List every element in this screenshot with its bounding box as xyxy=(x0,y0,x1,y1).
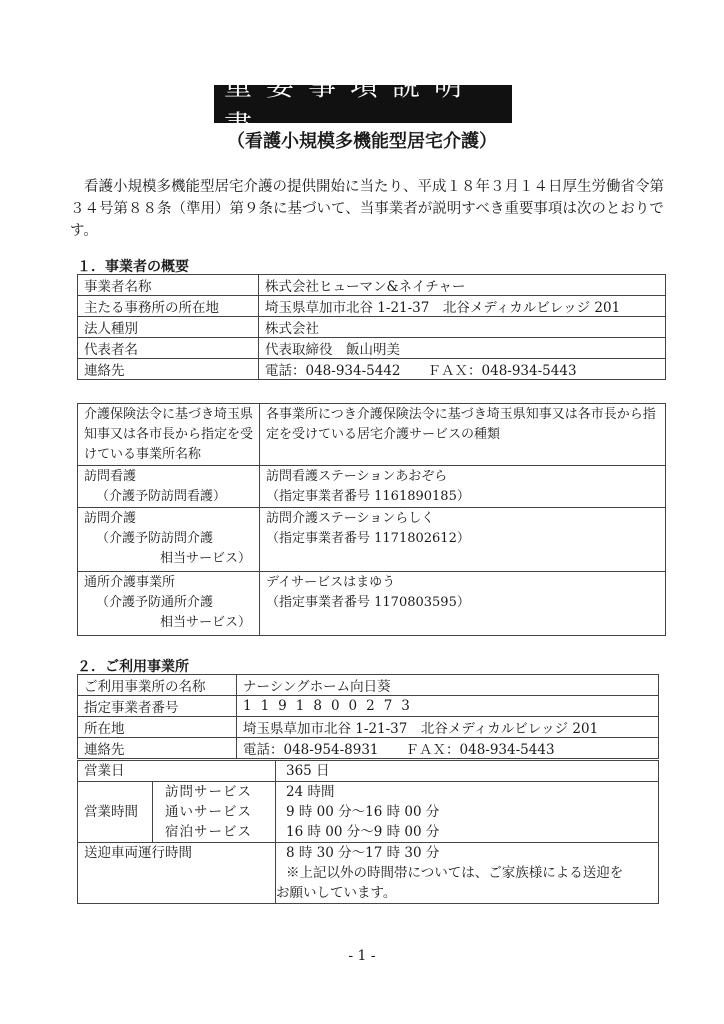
intro-text: 看護小規模多機能型居宅介護の提供開始に当たり、平成１８年３月１４日厚生労働省令第… xyxy=(70,176,670,242)
service-sub: （介護予防訪問看護） xyxy=(84,487,253,507)
row-value: 株式会社ヒューマン&ネイチャー xyxy=(259,275,666,296)
row-label: 連絡先 xyxy=(78,738,237,759)
row-value: 株式会社 xyxy=(259,317,666,338)
office-number: （指定事業者番号 1161890185） xyxy=(266,487,659,507)
hours-times: 24 時間 9 時 00 分～16 時 00 分 16 時 00 分～9 時 0… xyxy=(276,782,659,843)
row-label: 代表者名 xyxy=(78,338,259,359)
table-row: 送迎車両運行時間 8 時 30 分～17 時 30 分 ※上記以外の時間帯につい… xyxy=(78,843,659,904)
service-name: 訪問看護 xyxy=(84,467,253,487)
business-days-label: 営業日 xyxy=(78,761,276,782)
row-value: 埼玉県草加市北谷 1-21-37 北谷メディカルビレッジ 201 xyxy=(259,296,666,317)
page-number: - 1 - xyxy=(0,948,724,964)
table-row: 連絡先電話：048-934-5442 ＦＡＸ：048-934-5443 xyxy=(78,359,666,380)
table-row: 指定事業者番号1191800273 xyxy=(78,696,659,717)
header-right: 各事業所につき介護保険法令に基づき埼玉県知事又は各市長から指定を受けている居宅介… xyxy=(260,404,666,466)
row-label: ご利用事業所の名称 xyxy=(78,675,237,696)
table-header-row: 介護保険法令に基づき埼玉県知事又は各市長から指定を受けている事業所名称 各事業所… xyxy=(78,404,666,466)
shuttle-time: 8 時 30 分～17 時 30 分 xyxy=(276,843,652,863)
table-row: 事業者名称株式会社ヒューマン&ネイチャー xyxy=(78,275,666,296)
hours-service: 宿泊サービス xyxy=(165,822,269,842)
office-name: デイサービスはまゆう xyxy=(266,573,659,593)
row-label: 所在地 xyxy=(78,717,237,738)
hours-time: 16 時 00 分～9 時 00 分 xyxy=(286,822,652,842)
table-row: ご利用事業所の名称ナーシングホーム向日葵 xyxy=(78,675,659,696)
service-sub2: 相当サービス） xyxy=(84,613,253,633)
shuttle-note-cont: お願いしています。 xyxy=(276,883,652,903)
office-name: 訪問看護ステーションあおぞら xyxy=(266,467,659,487)
designated-services-table: 介護保険法令に基づき埼玉県知事又は各市長から指定を受けている事業所名称 各事業所… xyxy=(77,403,666,636)
business-overview-table: 事業者名称株式会社ヒューマン&ネイチャー 主たる事務所の所在地埼玉県草加市北谷 … xyxy=(77,274,666,380)
hours-time: 24 時間 xyxy=(286,782,652,802)
table-row: 法人種別株式会社 xyxy=(78,317,666,338)
service-name: 通所介護事業所 xyxy=(84,573,253,593)
hours-service: 訪問サービス xyxy=(165,782,269,802)
intro-paragraph: 看護小規模多機能型居宅介護の提供開始に当たり、平成１８年３月１４日厚生労働省令第… xyxy=(70,176,670,242)
row-value: 埼玉県草加市北谷 1-21-37 北谷メディカルビレッジ 201 xyxy=(237,717,659,738)
row-value: ナーシングホーム向日葵 xyxy=(237,675,659,696)
row-value: 電話：048-934-5442 ＦＡＸ：048-934-5443 xyxy=(259,359,666,380)
hours-service: 通いサービス xyxy=(165,802,269,822)
document-title: 重要事項説明書 xyxy=(214,85,512,123)
table-row: 通所介護事業所 （介護予防通所介護 相当サービス） デイサービスはまゆう （指定… xyxy=(78,572,666,636)
header-left: 介護保険法令に基づき埼玉県知事又は各市長から指定を受けている事業所名称 xyxy=(78,404,260,466)
office-cell: デイサービスはまゆう （指定事業者番号 1170803595） xyxy=(260,572,666,636)
table-row: 主たる事務所の所在地埼玉県草加市北谷 1-21-37 北谷メディカルビレッジ 2… xyxy=(78,296,666,317)
office-number: （指定事業者番号 1170803595） xyxy=(266,593,659,613)
section2-heading: ２．ご利用事業所 xyxy=(77,656,189,676)
row-value: 電話：048-954-8931 ＦＡＸ：048-934-5443 xyxy=(237,738,659,759)
shuttle-label: 送迎車両運行時間 xyxy=(78,843,276,904)
row-label: 主たる事務所の所在地 xyxy=(78,296,259,317)
row-value: 代表取締役 飯山明美 xyxy=(259,338,666,359)
table-row: 代表者名代表取締役 飯山明美 xyxy=(78,338,666,359)
hours-time: 9 時 00 分～16 時 00 分 xyxy=(286,802,652,822)
row-value: 1191800273 xyxy=(237,696,659,717)
row-label: 事業者名称 xyxy=(78,275,259,296)
table-row: 訪問介護 （介護予防訪問介護 相当サービス） 訪問介護ステーションらしく （指定… xyxy=(78,508,666,572)
section1-heading: １．事業者の概要 xyxy=(77,256,189,276)
service-sub2: 相当サービス） xyxy=(84,549,253,569)
document-subtitle: （看護小規模多機能型居宅介護） xyxy=(0,127,724,153)
service-cell: 通所介護事業所 （介護予防通所介護 相当サービス） xyxy=(78,572,260,636)
table-row: 所在地埼玉県草加市北谷 1-21-37 北谷メディカルビレッジ 201 xyxy=(78,717,659,738)
row-label: 連絡先 xyxy=(78,359,259,380)
row-label: 指定事業者番号 xyxy=(78,696,237,717)
service-name: 訪問介護 xyxy=(84,509,253,529)
business-days-value: 365 日 xyxy=(276,761,659,782)
table-row: 営業時間 訪問サービス 通いサービス 宿泊サービス 24 時間 9 時 00 分… xyxy=(78,782,659,843)
hours-label: 営業時間 xyxy=(78,782,153,843)
office-cell: 訪問介護ステーションらしく （指定事業者番号 1171802612） xyxy=(260,508,666,572)
service-sub: （介護予防通所介護 xyxy=(84,593,253,613)
facility-info-table: ご利用事業所の名称ナーシングホーム向日葵 指定事業者番号1191800273 所… xyxy=(77,674,659,759)
office-cell: 訪問看護ステーションあおぞら （指定事業者番号 1161890185） xyxy=(260,466,666,508)
shuttle-cell: 8 時 30 分～17 時 30 分 ※上記以外の時間帯については、ご家族様によ… xyxy=(276,843,659,904)
table-row: 連絡先電話：048-954-8931 ＦＡＸ：048-934-5443 xyxy=(78,738,659,759)
operating-hours-table: 営業日 365 日 営業時間 訪問サービス 通いサービス 宿泊サービス 24 時… xyxy=(77,760,659,904)
office-number: （指定事業者番号 1171802612） xyxy=(266,529,659,549)
office-name: 訪問介護ステーションらしく xyxy=(266,509,659,529)
row-label: 法人種別 xyxy=(78,317,259,338)
service-sub: （介護予防訪問介護 xyxy=(84,529,253,549)
service-cell: 訪問介護 （介護予防訪問介護 相当サービス） xyxy=(78,508,260,572)
shuttle-note: ※上記以外の時間帯については、ご家族様による送迎を xyxy=(276,863,652,883)
service-cell: 訪問看護 （介護予防訪問看護） xyxy=(78,466,260,508)
table-row: 営業日 365 日 xyxy=(78,761,659,782)
hours-services: 訪問サービス 通いサービス 宿泊サービス xyxy=(153,782,276,843)
table-row: 訪問看護 （介護予防訪問看護） 訪問看護ステーションあおぞら （指定事業者番号 … xyxy=(78,466,666,508)
